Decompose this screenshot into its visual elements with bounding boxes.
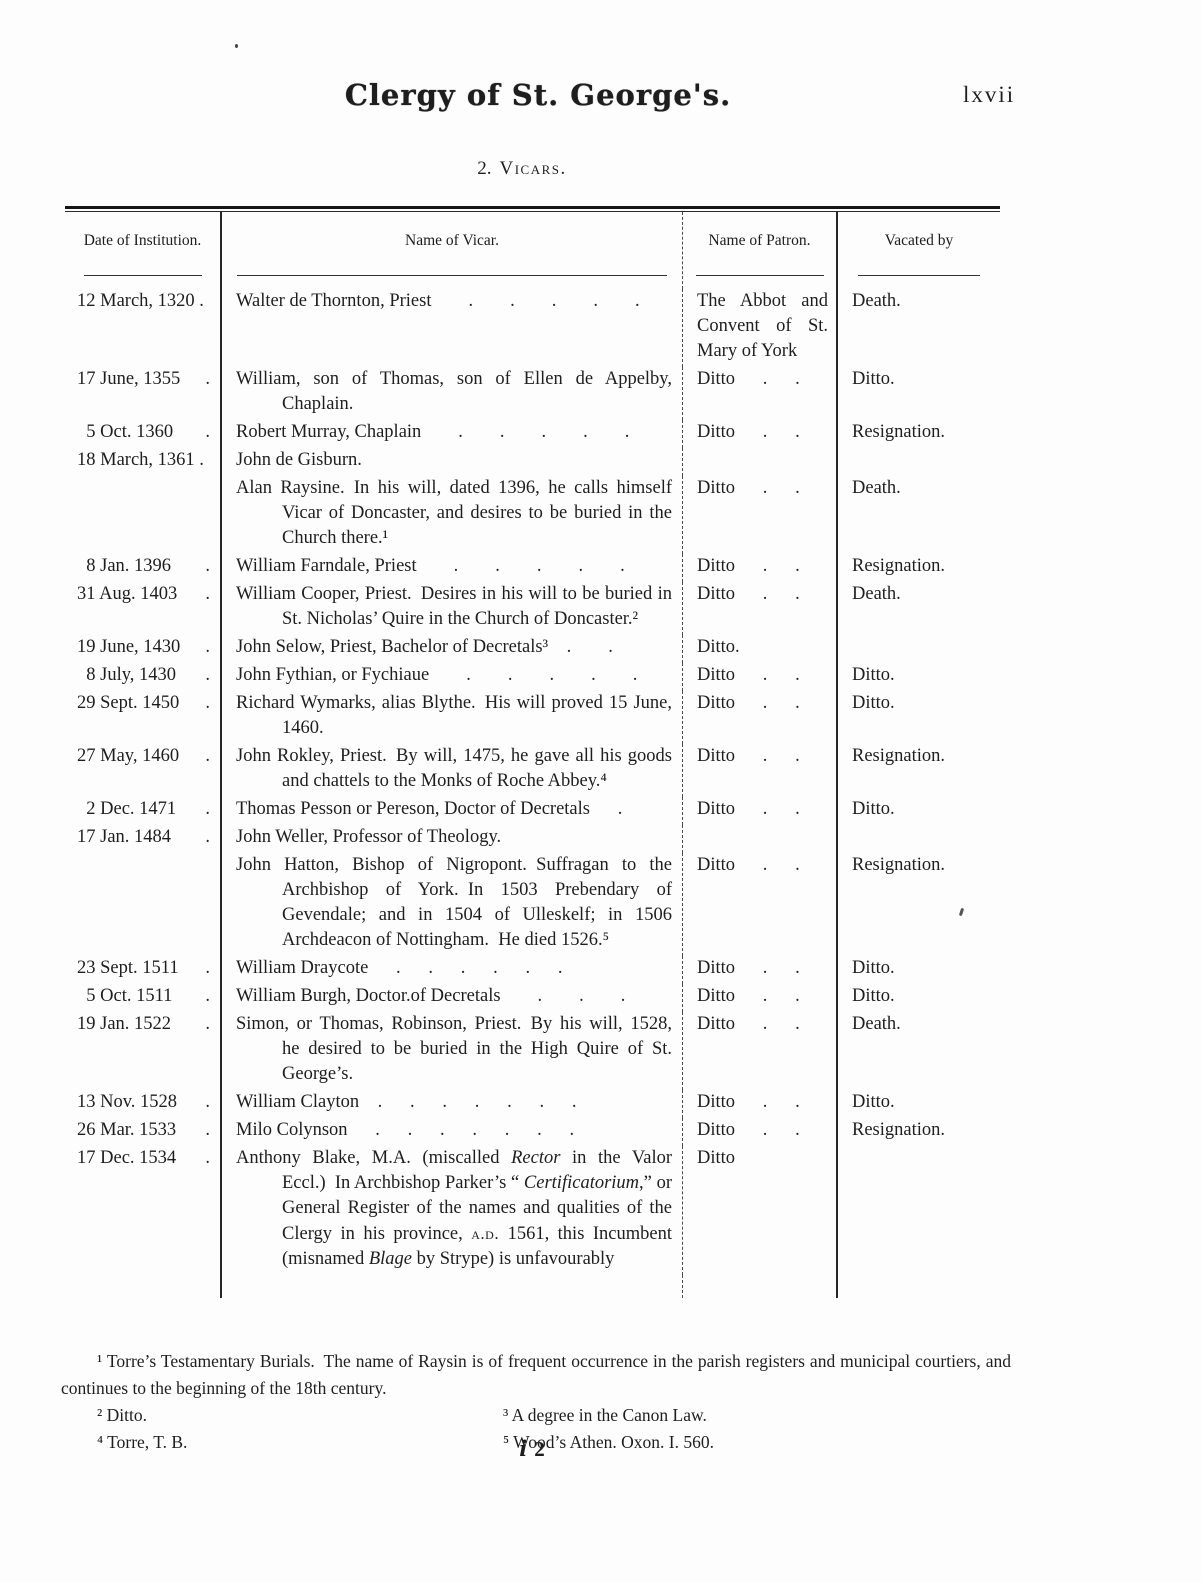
table-rule-tail xyxy=(838,1275,1000,1298)
header-vacated: Vacated by xyxy=(838,212,1000,289)
header-underline xyxy=(858,275,980,276)
cell-vacated: Ditto. xyxy=(838,797,1000,825)
header-underline xyxy=(84,275,202,276)
cell-date: 19 Jan. 1522. xyxy=(65,1012,222,1090)
folio-page-number: lxvii xyxy=(963,82,1015,108)
cell-date: 31 Aug. 1403. xyxy=(65,582,222,635)
cell-vicar: William Draycote . . . . . . xyxy=(222,956,683,984)
cell-patron: Ditto . . xyxy=(683,554,838,582)
cell-vacated xyxy=(838,448,1000,476)
cell-vacated: Ditto. xyxy=(838,663,1000,691)
cell-date: 5 Oct. 1511. xyxy=(65,984,222,1012)
cell-vacated: Death. xyxy=(838,582,1000,635)
cell-patron: Ditto . . xyxy=(683,663,838,691)
cell-patron: Ditto . . xyxy=(683,1012,838,1090)
cell-vicar: Alan Raysine. In his will, dated 1396, h… xyxy=(222,476,683,554)
cell-patron: Ditto. xyxy=(683,635,838,663)
cell-date: 12 March, 1320 . xyxy=(65,289,222,367)
cell-date: 26 Mar. 1533. xyxy=(65,1118,222,1146)
cell-date xyxy=(65,476,222,554)
cell-vicar: William Burgh, Doctor.of Decretals . . . xyxy=(222,984,683,1012)
header-date: Date of Institution. xyxy=(65,212,222,289)
cell-vacated: Ditto. xyxy=(838,956,1000,984)
section-heading: 2.Vicars. xyxy=(477,158,567,180)
header-patron: Name of Patron. xyxy=(683,212,838,289)
cell-vacated: Resignation. xyxy=(838,744,1000,797)
cell-vicar: John Weller, Professor of Theology. xyxy=(222,825,683,853)
cell-date xyxy=(65,853,222,956)
cell-patron: Ditto . . xyxy=(683,744,838,797)
cell-vacated: Death. xyxy=(838,289,1000,367)
section-number: 2. xyxy=(477,158,491,179)
cell-date: 29 Sept. 1450. xyxy=(65,691,222,744)
table-rule-tail xyxy=(683,1275,838,1298)
cell-vacated: Ditto. xyxy=(838,984,1000,1012)
header-vicar: Name of Vicar. xyxy=(222,212,683,289)
cell-patron: Ditto . . xyxy=(683,691,838,744)
table-rule-tail xyxy=(65,1275,222,1298)
cell-patron: Ditto . . xyxy=(683,582,838,635)
cell-vicar: William Farndale, Priest . . . . . xyxy=(222,554,683,582)
cell-date: 18 March, 1361 . xyxy=(65,448,222,476)
section-word: Vicars. xyxy=(499,158,566,179)
cell-date: 13 Nov. 1528. xyxy=(65,1090,222,1118)
footnote-row: ² Ditto. ³ A degree in the Canon Law. xyxy=(61,1402,1011,1429)
cell-vicar: William Clayton . . . . . . . xyxy=(222,1090,683,1118)
cell-vacated: Resignation. xyxy=(838,554,1000,582)
cell-vicar: John Selow, Priest, Bachelor of Decretal… xyxy=(222,635,683,663)
cell-vicar: John Hatton, Bishop of Nigropont. Suffra… xyxy=(222,853,683,956)
header-underline xyxy=(696,275,824,276)
table-header-row: Date of Institution. Name of Vicar. Name… xyxy=(65,212,1000,289)
cell-date: 23 Sept. 1511. xyxy=(65,956,222,984)
cell-vacated: Ditto. xyxy=(838,1090,1000,1118)
cell-vicar: John Rokley, Priest. By will, 1475, he g… xyxy=(222,744,683,797)
cell-date: 17 June, 1355. xyxy=(65,367,222,420)
cell-patron: Ditto . . xyxy=(683,984,838,1012)
cell-patron: Ditto . . xyxy=(683,956,838,984)
printers-signature: i2 xyxy=(519,1436,544,1462)
cell-vicar: Richard Wymarks, alias Blythe. His will … xyxy=(222,691,683,744)
footnote-1: ¹ Torre’s Testamentary Burials. The name… xyxy=(61,1348,1011,1402)
footnote-2: ² Ditto. xyxy=(61,1402,503,1429)
cell-patron: Ditto . . xyxy=(683,1090,838,1118)
footnote-3: ³ A degree in the Canon Law. xyxy=(503,1402,707,1429)
cell-date: 5 Oct. 1360. xyxy=(65,420,222,448)
table-body: 12 March, 1320 . Walter de Thornton, Pri… xyxy=(65,289,1000,1298)
cell-vicar: William, son of Thomas, son of Ellen de … xyxy=(222,367,683,420)
vicars-table: Date of Institution. Name of Vicar. Name… xyxy=(65,206,1000,1298)
cell-vacated: Ditto. xyxy=(838,691,1000,744)
cell-patron: Ditto . . xyxy=(683,420,838,448)
header-underline xyxy=(237,275,667,276)
cell-date: 19 June, 1430. xyxy=(65,635,222,663)
cell-patron xyxy=(683,825,838,853)
cell-date: 8 July, 1430. xyxy=(65,663,222,691)
cell-patron xyxy=(683,448,838,476)
cell-vicar: Anthony Blake, M.A. (miscalled Rector in… xyxy=(222,1146,683,1275)
cell-patron: Ditto . . xyxy=(683,797,838,825)
cell-vacated xyxy=(838,1146,1000,1275)
cell-patron: Ditto xyxy=(683,1146,838,1275)
cell-patron: Ditto . . xyxy=(683,476,838,554)
cell-date: 17 Jan. 1484. xyxy=(65,825,222,853)
cell-vacated: Death. xyxy=(838,1012,1000,1090)
cell-patron: Ditto . . xyxy=(683,367,838,420)
footnote-4: ⁴ Torre, T. B. xyxy=(61,1429,503,1456)
scanned-book-page: Clergy of St. George's. lxvii 2.Vicars. … xyxy=(0,0,1201,1582)
cell-patron: Ditto . . xyxy=(683,1118,838,1146)
cell-vacated: Resignation. xyxy=(838,853,1000,956)
cell-vacated: Death. xyxy=(838,476,1000,554)
cell-vicar: William Cooper, Priest. Desires in his w… xyxy=(222,582,683,635)
cell-vicar: John de Gisburn. xyxy=(222,448,683,476)
cell-vicar: Simon, or Thomas, Robinson, Priest. By h… xyxy=(222,1012,683,1090)
cell-patron: The Abbot and Convent of St. Mary of Yor… xyxy=(683,289,838,367)
cell-date: 2 Dec. 1471. xyxy=(65,797,222,825)
cell-vicar: Thomas Pesson or Pereson, Doctor of Decr… xyxy=(222,797,683,825)
cell-vacated: Resignation. xyxy=(838,1118,1000,1146)
cell-vacated xyxy=(838,825,1000,853)
cell-vacated xyxy=(838,635,1000,663)
table-rule-tail xyxy=(222,1275,683,1298)
cell-vicar: Walter de Thornton, Priest . . . . . xyxy=(222,289,683,367)
cell-vicar: Milo Colynson . . . . . . . xyxy=(222,1118,683,1146)
cell-date: 27 May, 1460. xyxy=(65,744,222,797)
cell-date: 17 Dec. 1534. xyxy=(65,1146,222,1275)
cell-vacated: Ditto. xyxy=(838,367,1000,420)
cell-vicar: John Fythian, or Fychiaue . . . . . xyxy=(222,663,683,691)
cell-vicar: Robert Murray, Chaplain . . . . . xyxy=(222,420,683,448)
cell-date: 8 Jan. 1396. xyxy=(65,554,222,582)
cell-vacated: Resignation. xyxy=(838,420,1000,448)
page-title: Clergy of St. George's. xyxy=(345,78,731,112)
ink-speck xyxy=(235,44,238,48)
cell-patron: Ditto . . xyxy=(683,853,838,956)
